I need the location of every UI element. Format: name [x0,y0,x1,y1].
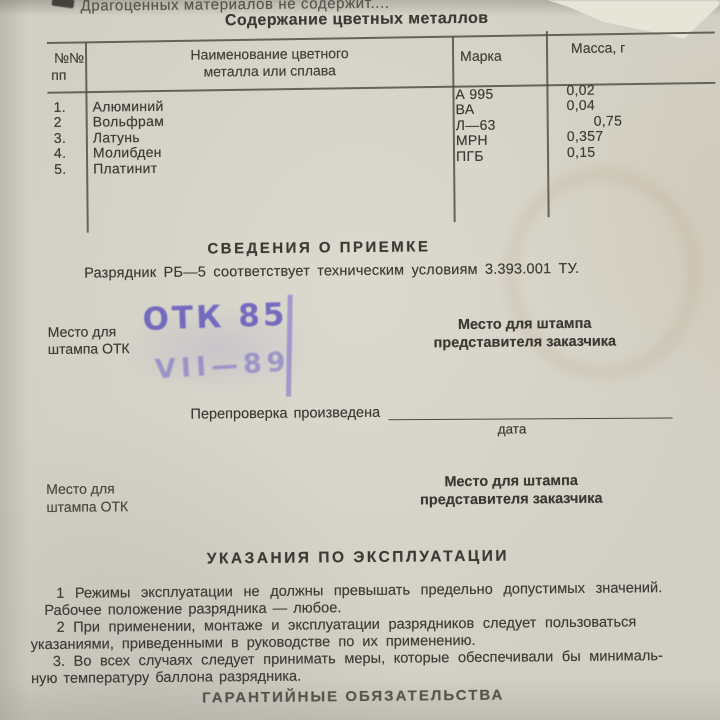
otk-stamp2-line1: Место для [46,479,128,498]
header-no-line2: пп [51,67,66,83]
recheck-date-caption: дата [498,421,527,436]
row-mass: 0,75 [567,112,623,129]
row-mass: 0,357 [567,128,604,144]
row-mark: МРН [456,132,488,148]
header-name-line1: Наименование цветного [92,44,447,63]
usage-title: УКАЗАНИЯ ПО ЭКСПЛУАТАЦИИ [2,546,714,571]
row-num: 5. [54,160,66,176]
row-num: 3. [54,130,66,146]
page-content: Драгоценных материалов не содержит.... С… [0,0,720,720]
header-name-line2: металла или сплава [92,61,447,80]
row-num: 2 [54,114,62,130]
row-mass: 0,15 [567,143,596,159]
recheck-label: Перепроверка произведена [190,405,380,423]
recheck-fill-line [389,417,673,420]
document-scan: Драгоценных материалов не содержит.... С… [0,0,720,720]
warranty-title: ГАРАНТИЙНЫЕ ОБЯЗАТЕЛЬСТВА [3,685,703,709]
header-no-line1: №№ [54,50,84,66]
otk-stamp-imprint: ОТК 85 [142,297,288,338]
header-mass: Масса, г [571,39,625,56]
row-name: Платинит [93,159,157,176]
row-name: Вольфрам [93,113,165,130]
customer-stamp2-line2: представителя заказчика [361,489,661,510]
row-mark: ПГБ [456,147,484,163]
usage-paragraphs: 1 Режимы эксплуатации не должны превышат… [42,580,693,688]
customer-stamp-place-label-2: Место для штампа представителя заказчика [361,471,661,510]
row-name: Молибден [93,144,162,161]
row-name: Латунь [93,129,140,145]
acceptance-text: Разрядник РБ—5 соответствует техническим… [84,261,579,282]
row-mark: ВА [456,101,475,117]
customer-stamp-line2: представителя заказчика [380,332,670,353]
otk-stamp-place-label-2: Место для штампа ОТК [46,479,128,516]
row-mass: 0,02 [566,82,595,98]
row-num: 1. [53,99,65,115]
otk-stamp-place-line2: штампа ОТК [48,340,130,358]
row-name: Алюминий [92,98,163,115]
row-num: 4. [54,145,66,161]
table-header-rule [47,82,715,94]
row-mark: А 995 [455,86,493,102]
otk-stamp-place-line1: Место для [48,323,130,341]
row-mass: 0,04 [566,97,595,113]
customer-stamp-place-label-1: Место для штампа представителя заказчика [380,314,670,353]
otk-stamp2-line2: штампа ОТК [46,497,128,516]
header-mark: Марка [460,48,502,64]
row-mark: Л—63 [456,116,496,132]
otk-stamp-place-label-1: Место для штампа ОТК [48,323,130,358]
table-rows: 1. Алюминий А 995 0,02 2 Вольфрам ВА 0,0… [0,93,718,177]
acceptance-title: СВЕДЕНИЯ О ПРИЕМКЕ [0,236,639,259]
